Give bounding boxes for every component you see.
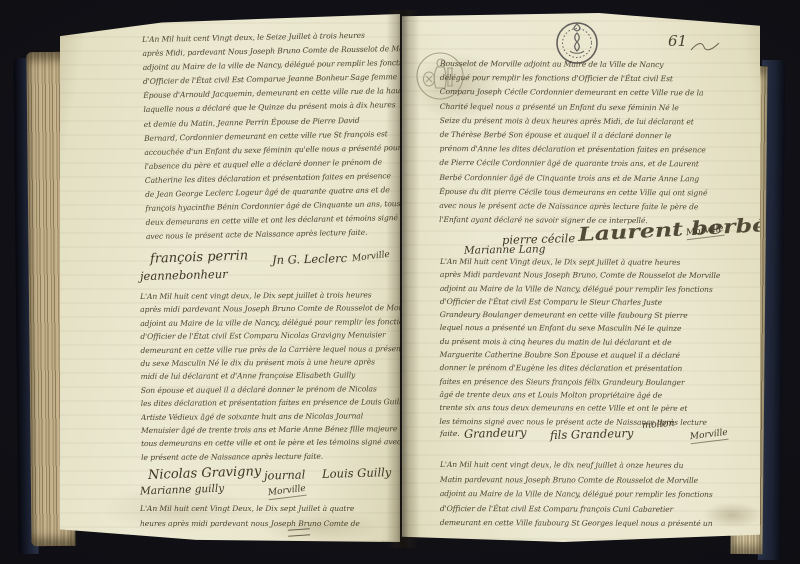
manuscript-line: L'An Mil huit cent Vingt deux, le Dix se…: [440, 255, 740, 269]
manuscript-line: Comparu Joseph Cécile Cordonnier demeura…: [440, 85, 740, 101]
manuscript-line: d'Officier de l'État civil Est Comparu l…: [440, 295, 740, 309]
manuscript-line: Matin pardevant nous Joseph Bruno Comte …: [440, 473, 740, 489]
manuscript-line: après Midi pardevant Nous Joseph Bruno, …: [440, 268, 740, 282]
manuscript-line: faites en présence des Sieurs françois f…: [440, 375, 740, 389]
signature-marianne-guilly: Marianne guilly: [140, 483, 225, 498]
manuscript-line: L'An Mil huit cent Vingt Deux, le Dix se…: [140, 502, 400, 517]
manuscript-line: âgé de trente deux ans et Louis Molton p…: [439, 388, 739, 402]
manuscript-line: heures après midi pardevant nous Joseph …: [140, 517, 400, 532]
manuscript-line: L'An Mil huit cent vingt deux, le dix ne…: [440, 458, 740, 474]
signature-francois-perrin: françois perrin: [150, 248, 249, 266]
right-act-2-text: L'An Mil huit cent Vingt deux, le Dix se…: [439, 255, 740, 429]
signature-mollon: mollon: [642, 418, 675, 431]
manuscript-line: trente six ans tous deux demeurans en ce…: [439, 401, 739, 415]
manuscript-line: d'Officier de l'État civil Est Comparu N…: [140, 328, 400, 343]
flourish-mark: [288, 528, 310, 537]
manuscript-line: adjoint au Maire de la Ville de Nancy, d…: [440, 487, 740, 503]
manuscript-line: du présent mois à cinq heures du matin d…: [440, 335, 740, 349]
manuscript-line: délégué pour remplir les fonctions d'Off…: [440, 71, 740, 87]
page-number: 61: [668, 32, 687, 50]
manuscript-line: demeurant en cette Ville faubourg St Geo…: [440, 516, 740, 532]
signature-nicolas-gravigny: Nicolas Gravigny: [148, 464, 262, 483]
manuscript-line: de Thérèse Berbé Son épouse et auquel il…: [440, 128, 740, 144]
signature-morville: Morville: [352, 250, 391, 265]
manuscript-line: Grandeury Boulanger demeurant en cette v…: [440, 308, 740, 322]
manuscript-line: prénom d'Anne les dites déclaration et p…: [439, 142, 739, 158]
manuscript-line: Épouse du dit pierre Cécile tous demeura…: [439, 185, 739, 201]
signature-jeanne-bonheur: jeannebonheur: [140, 267, 228, 283]
left-page: L'An Mil huit cent Vingt deux, le Seize …: [60, 14, 400, 542]
manuscript-line: Seize du présent mois à deux heures aprè…: [440, 114, 740, 130]
manuscript-line: le présent acte de Naissance après lectu…: [141, 449, 400, 464]
manuscript-line: du sexe Masculin Né le dix du présent mo…: [140, 355, 400, 370]
manuscript-line: Charité lequel nous a présenté un Enfant…: [440, 100, 740, 116]
manuscript-line: Marguerite Catherine Boubre Son Épouse e…: [440, 348, 740, 362]
right-act-3-text: L'An Mil huit cent vingt deux, le dix ne…: [440, 458, 740, 532]
manuscript-line: donner le prénom d'Eugène les dites décl…: [440, 361, 740, 375]
left-act-2-text: L'An Mil huit cent vingt deux, le Dix se…: [140, 288, 400, 464]
signature-journal: journal: [264, 467, 306, 482]
signature-grandeury: Grandeury: [464, 425, 527, 441]
signature-fils-grandeury: fils Grandeury: [550, 426, 634, 442]
act-closing-word: faite.: [440, 429, 460, 438]
right-page: 61 Rousselot de Morville adjoint au Mair…: [402, 12, 760, 542]
manuscript-line: les dites déclaration et présentation fa…: [141, 395, 400, 410]
manuscript-line: tous demeurans en cette ville et ont le …: [141, 436, 400, 451]
manuscript-line: Berbé Cordonnier âgé de Cinquante trois …: [439, 171, 739, 187]
right-act-1-text: Rousselot de Morville adjoint au Maire d…: [439, 57, 740, 229]
signature-morville: Morville: [267, 484, 306, 501]
signature-louis-guilly: Louis Guilly: [322, 465, 392, 481]
manuscript-line: lequel nous a présenté un Enfant du sexe…: [440, 321, 740, 335]
signature-jn-g-leclerc: Jn G. Leclerc: [272, 251, 347, 267]
signature-morville: Morville: [689, 428, 728, 445]
left-act-3-text: L'An Mil huit cent Vingt Deux, le Dix se…: [140, 502, 400, 531]
manuscript-line: Rousselot de Morville adjoint au Maire d…: [440, 57, 740, 73]
page-number-flourish: [690, 40, 720, 54]
manuscript-line: de Pierre Cécile Cordonnier âgé de quara…: [439, 156, 739, 172]
manuscript-line: d'Officier de l'État civil Est Comparu f…: [440, 502, 740, 518]
left-act-1-text: L'An Mil huit cent Vingt deux, le Seize …: [142, 28, 400, 244]
manuscript-line: avec nous le présent acte de Naissance a…: [439, 199, 739, 215]
manuscript-line: adjoint au Maire de la Ville de Nancy, d…: [440, 282, 740, 296]
register-photograph: L'An Mil huit cent Vingt deux, le Seize …: [0, 0, 800, 564]
